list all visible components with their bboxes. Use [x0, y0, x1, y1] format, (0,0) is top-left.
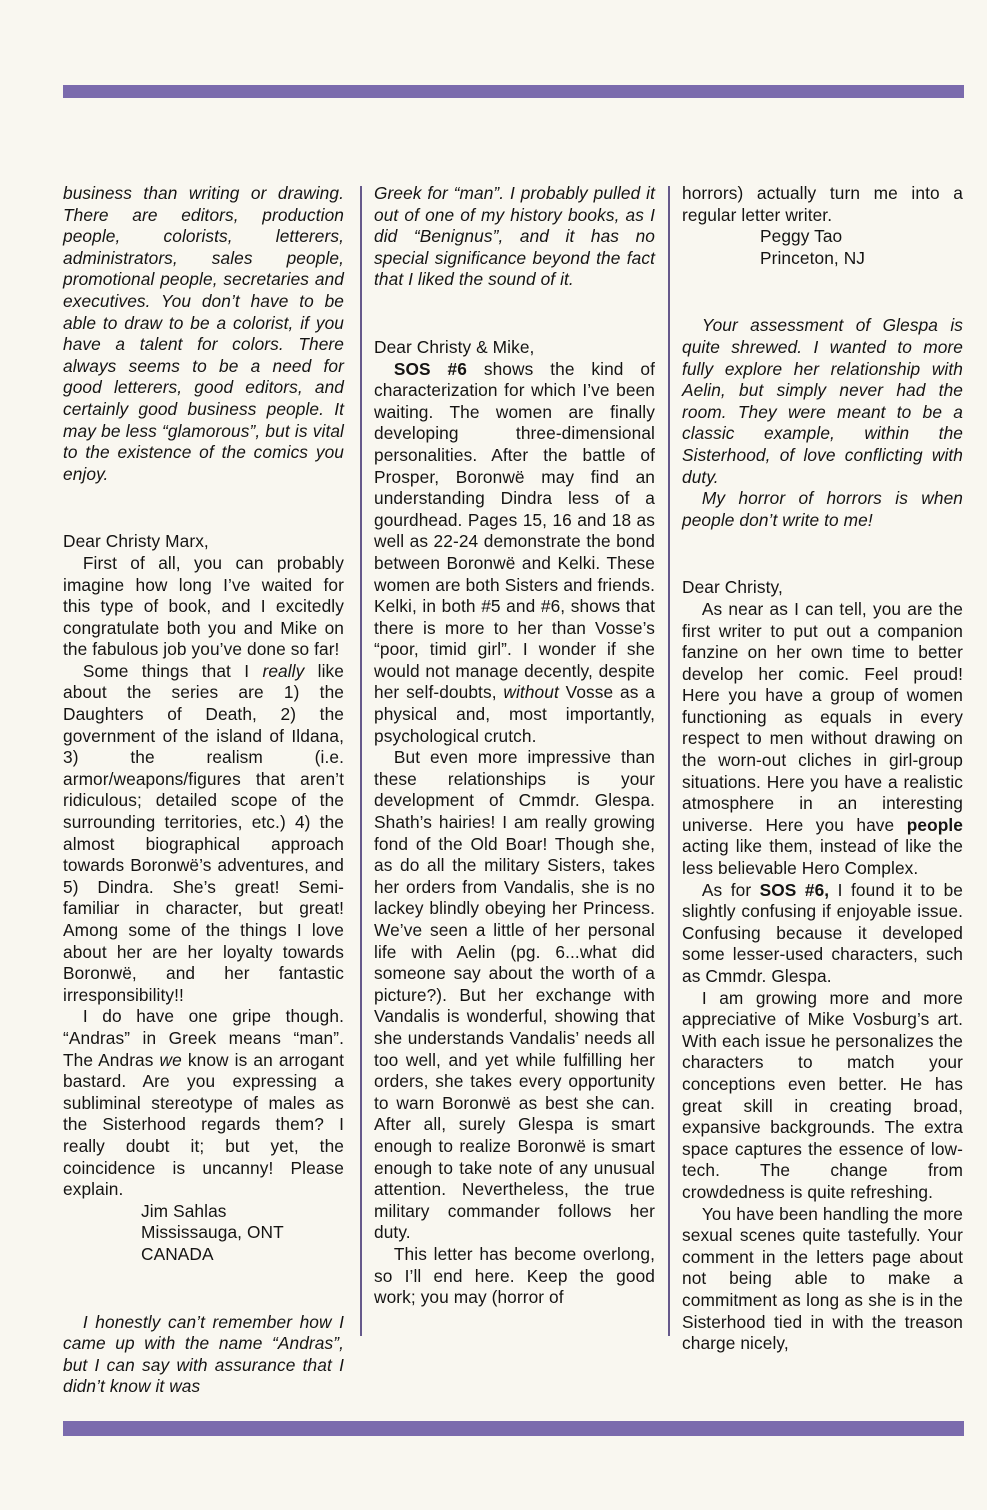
- letter-salutation: Dear Christy & Mike,: [374, 337, 655, 359]
- signature-line: Mississauga, ONT: [141, 1222, 344, 1244]
- column-2: Greek for “man”. I probably pulled it ou…: [374, 183, 655, 1309]
- letter-paragraph: horrors) actually turn me into a regular…: [682, 183, 963, 226]
- signature-line: Peggy Tao: [760, 226, 963, 248]
- signature-line: CANADA: [141, 1244, 344, 1266]
- bottom-rule: [63, 1421, 964, 1436]
- letter-paragraph: This letter has become overlong, so I’ll…: [374, 1244, 655, 1309]
- column-1: business than writing or drawing. There …: [63, 183, 344, 1398]
- column-divider-2: [668, 186, 670, 1336]
- top-rule: [63, 85, 964, 98]
- letter-paragraph: I am growing more and more appreciative …: [682, 988, 963, 1204]
- signature-line: Jim Sahlas: [141, 1201, 344, 1223]
- column-gap: [63, 1266, 344, 1312]
- column-gap: [682, 269, 963, 315]
- letter-paragraph: I do have one gripe though. “Andras” in …: [63, 1006, 344, 1200]
- signature-line: Princeton, NJ: [760, 248, 963, 270]
- page: { "page": { "kind": "letters-column-page…: [0, 0, 987, 1510]
- letter-paragraph: You have been handling the more sexual s…: [682, 1204, 963, 1355]
- letter-signature: Peggy TaoPrinceton, NJ: [682, 226, 963, 269]
- editor-reply: I honestly can’t remember how I came up …: [63, 1312, 344, 1398]
- letter-paragraph: First of all, you can probably imagine h…: [63, 553, 344, 661]
- editor-reply: Greek for “man”. I probably pulled it ou…: [374, 183, 655, 291]
- editor-reply: My horror of horrors is when people don’…: [682, 488, 963, 531]
- column-gap: [63, 485, 344, 531]
- letter-salutation: Dear Christy,: [682, 577, 963, 599]
- column-3: horrors) actually turn me into a regular…: [682, 183, 963, 1355]
- letter-paragraph: Some things that I really like about the…: [63, 661, 344, 1007]
- editor-reply: business than writing or drawing. There …: [63, 183, 344, 485]
- letter-signature: Jim SahlasMississauga, ONTCANADA: [63, 1201, 344, 1266]
- column-divider-1: [360, 186, 362, 1336]
- letter-paragraph: As for SOS #6, I found it to be slightly…: [682, 880, 963, 988]
- letter-paragraph: SOS #6 shows the kind of characterizatio…: [374, 359, 655, 748]
- editor-reply: Your assessment of Glespa is quite shrew…: [682, 315, 963, 488]
- letter-paragraph: As near as I can tell, you are the first…: [682, 599, 963, 880]
- letter-salutation: Dear Christy Marx,: [63, 531, 344, 553]
- letter-paragraph: But even more impressive than these rela…: [374, 747, 655, 1244]
- column-gap: [682, 531, 963, 577]
- column-gap: [374, 291, 655, 337]
